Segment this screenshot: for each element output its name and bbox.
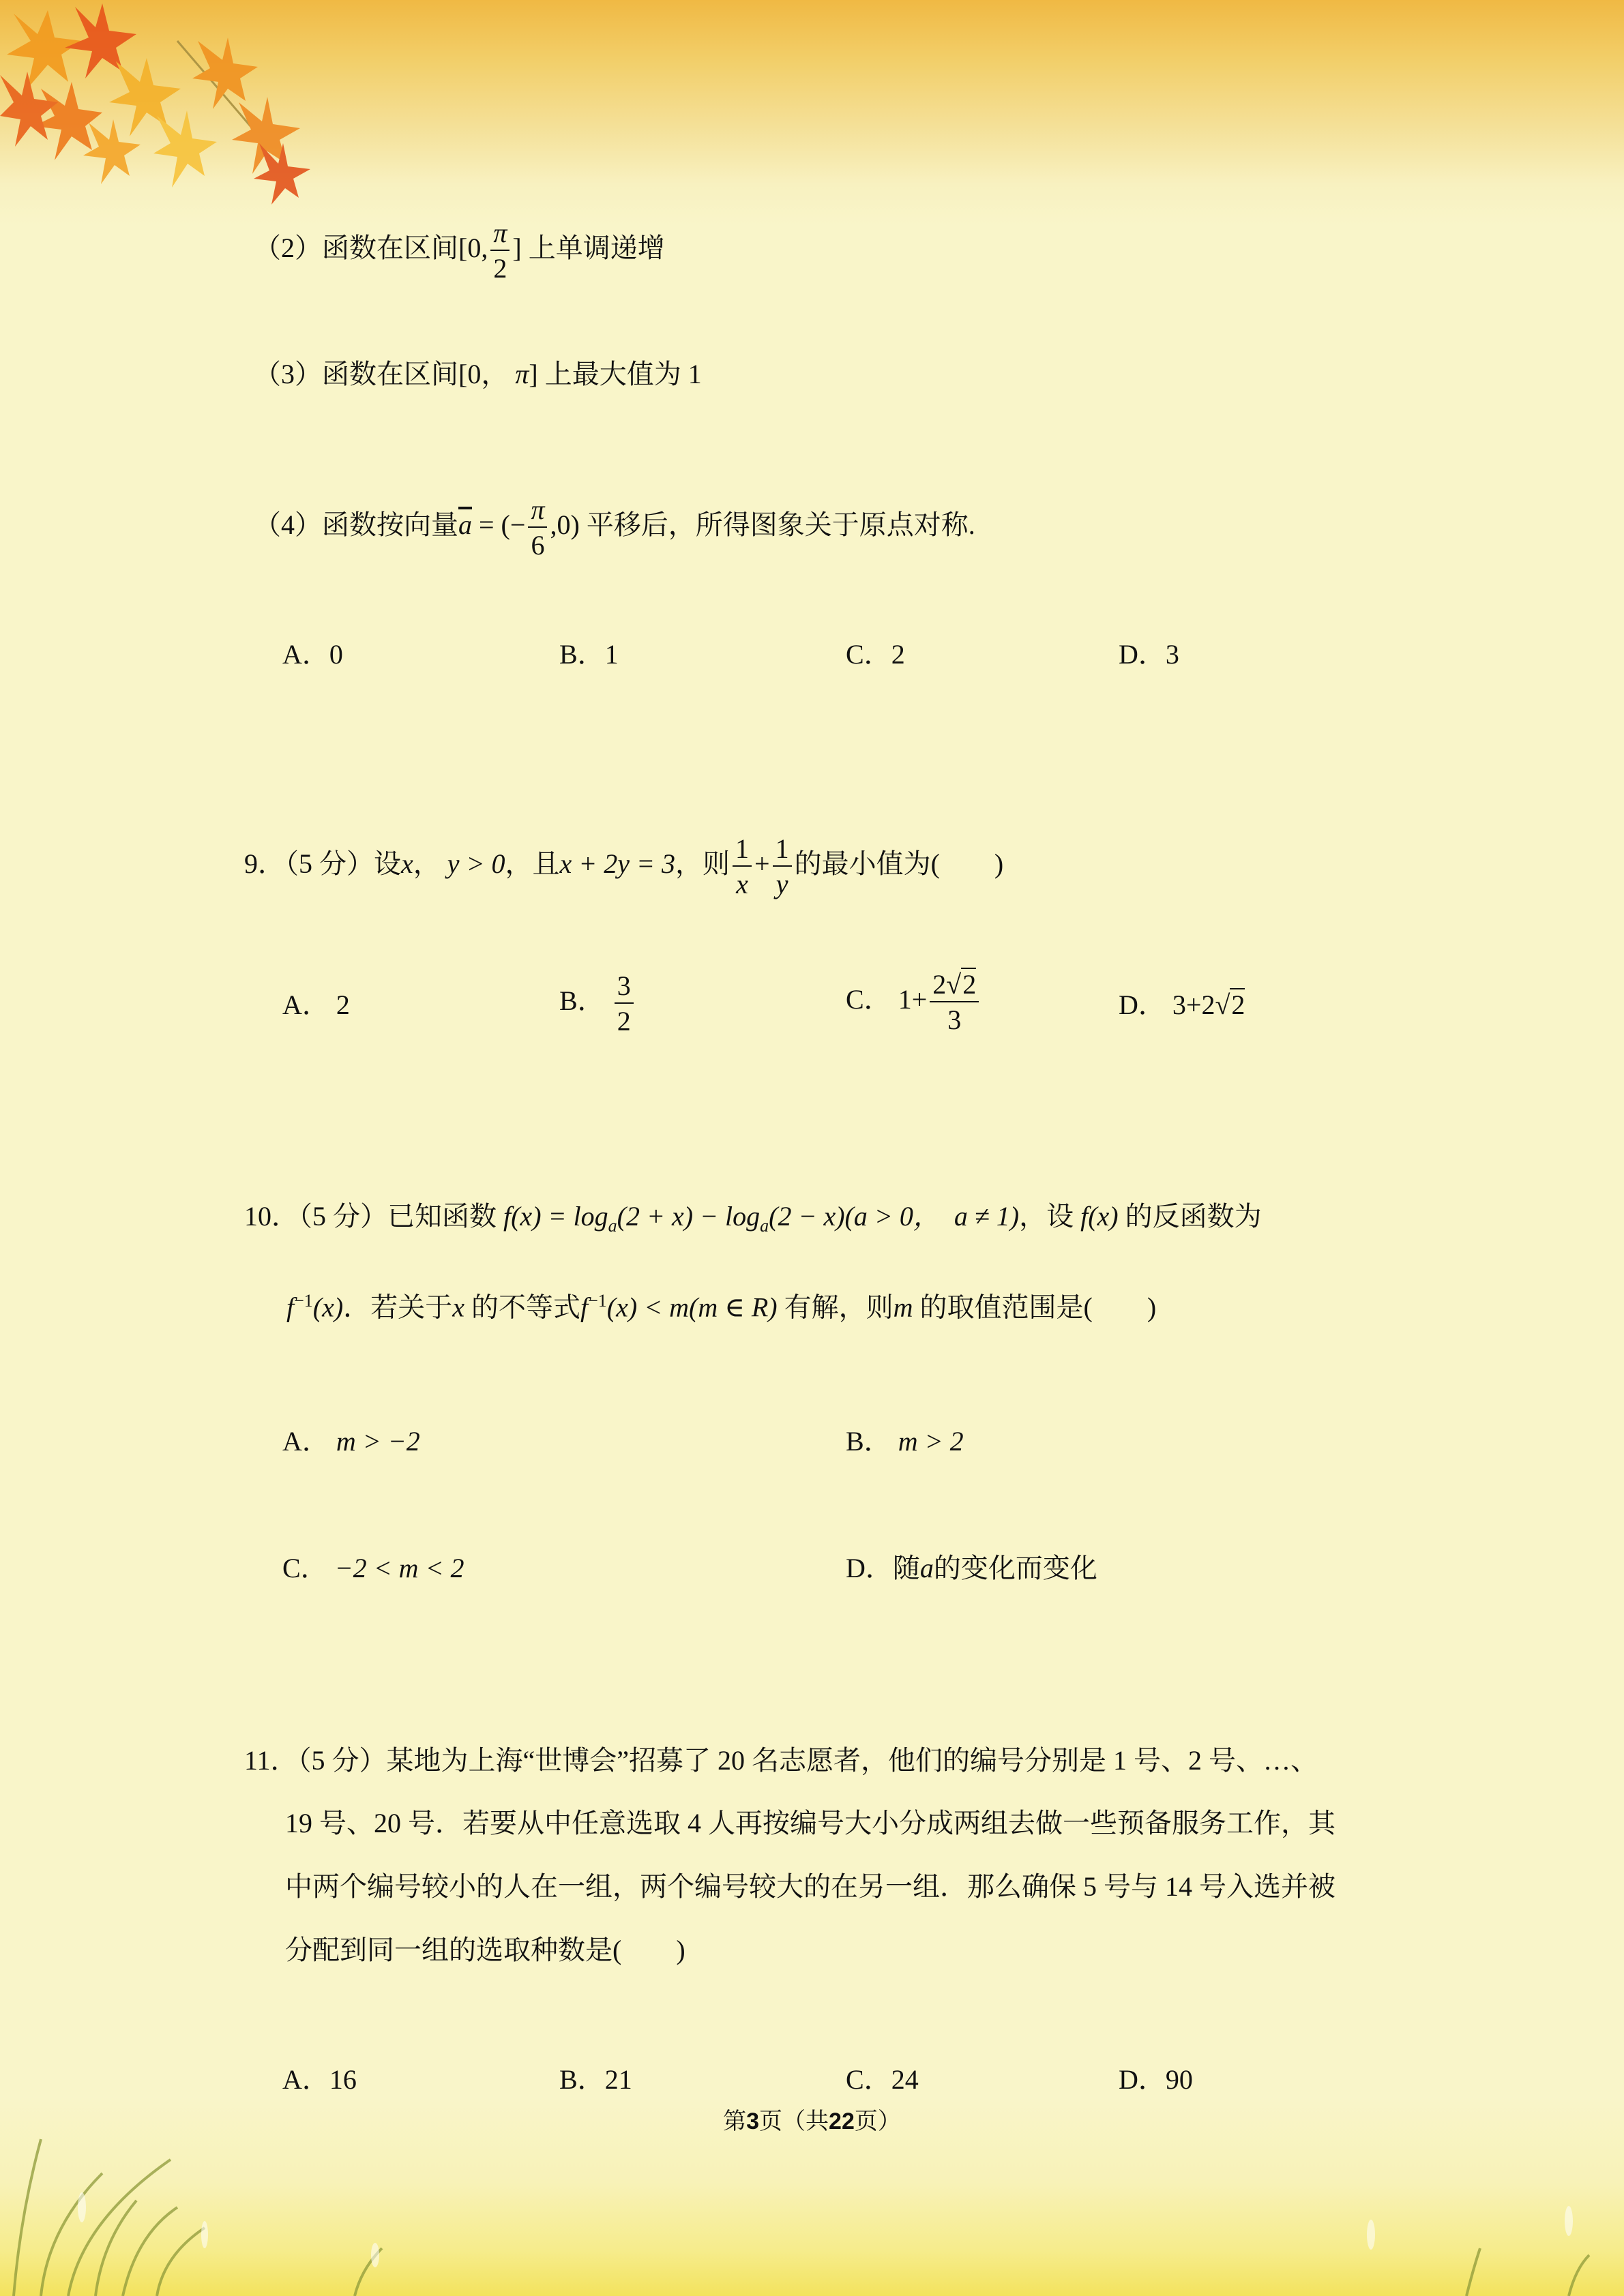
option-value: 16 <box>329 2064 357 2095</box>
fraction-numerator: π <box>528 496 547 528</box>
q8-option-a[interactable]: A．0 <box>282 638 343 671</box>
coefficient: 2 <box>932 969 946 1000</box>
option-lead: 1+ <box>898 984 928 1015</box>
q11-option-a[interactable]: A．16 <box>282 2063 357 2096</box>
option-label: B． <box>846 1426 891 1457</box>
vector-a: a <box>458 509 472 540</box>
maple-leaves-decoration <box>0 0 341 225</box>
question-text: 的不等式 <box>471 1292 580 1322</box>
question-11-line-3: 中两个编号较小的人在一组，两个编号较大的在另一组．那么确保 5 号与 14 号入… <box>285 1870 1335 1903</box>
q11-option-c[interactable]: C．24 <box>846 2063 919 2096</box>
option-value: 90 <box>1166 2064 1193 2095</box>
two-root-two-over-three-fraction: 2√23 <box>930 971 979 1034</box>
question-text: 的最小值为( ) <box>795 848 1004 879</box>
option-text: 随 <box>893 1553 920 1583</box>
option-value: 3 <box>1166 639 1179 670</box>
fx: f(x) <box>1080 1201 1119 1232</box>
option-label: D． <box>846 1553 893 1583</box>
q9-option-b[interactable]: B． 32 <box>559 972 636 1035</box>
interval-close: ] <box>529 359 537 389</box>
log-base: a <box>608 1216 617 1236</box>
option-label: C． <box>846 639 891 670</box>
q8-option-d[interactable]: D．3 <box>1119 638 1179 671</box>
fraction-denominator: y <box>773 867 792 898</box>
plus-sign: + <box>754 848 770 879</box>
function-definition-mid: (2 + x) − log <box>617 1201 761 1232</box>
fraction-denominator: 3 <box>930 1002 979 1034</box>
option-label: B． <box>559 2064 605 2095</box>
question-score: （5 分） <box>299 1201 387 1232</box>
option-value: 0 <box>329 639 343 670</box>
question-text: 有解，则 <box>784 1292 894 1322</box>
inverse-function: f <box>286 1292 294 1322</box>
total-pages: 22 <box>829 2108 855 2134</box>
question-9: 9．（5 分）设x， y > 0，且x + 2y = 3，则1x+1y的最小值为… <box>244 835 1003 898</box>
question-11-line-1: 11．（5 分）某地为上海“世博会”招募了 20 名志愿者，他们的编号分别是 1… <box>244 1744 1318 1777</box>
fraction-numerator: 1 <box>773 835 792 867</box>
statement-3-text: （3）函数在区间 <box>254 359 458 389</box>
function-definition: f(x) = log <box>503 1201 608 1232</box>
fraction-denominator: x <box>733 867 752 898</box>
statement-2-text: （2）函数在区间 <box>254 233 458 263</box>
option-value: 24 <box>891 2064 919 2095</box>
option-value: m > −2 <box>336 1426 420 1457</box>
question-score: （5 分） <box>285 848 374 879</box>
current-page: 3 <box>746 2108 759 2134</box>
question-text: 已知函数 <box>387 1201 497 1232</box>
q9-option-d[interactable]: D． 3+2√2 <box>1119 989 1245 1022</box>
fraction-denominator: 2 <box>615 1004 634 1035</box>
option-value: 21 <box>605 2064 632 2095</box>
option-label: D． <box>1119 2064 1166 2095</box>
question-number: 10． <box>244 1201 299 1232</box>
var-x: x <box>452 1292 464 1322</box>
function-definition-end: (2 − x)(a > 0， a ≠ 1) <box>769 1201 1019 1232</box>
question-text: 的反函数为 <box>1125 1201 1262 1232</box>
fraction-numerator: 1 <box>733 835 752 867</box>
option-text: 的变化而变化 <box>934 1553 1097 1583</box>
option-label: C． <box>846 984 891 1015</box>
var-a: a <box>920 1553 934 1583</box>
option-value: 2 <box>336 989 350 1020</box>
q10-option-d[interactable]: D．随a的变化而变化 <box>846 1552 1097 1585</box>
one-over-y-fraction: 1y <box>773 835 792 898</box>
statement-4-text: （4）函数按向量 <box>254 509 458 540</box>
radicand: 2 <box>961 968 976 1000</box>
one-over-x-fraction: 1x <box>733 835 752 898</box>
fraction-denominator: 2 <box>490 251 510 282</box>
option-value: m > 2 <box>898 1426 964 1457</box>
q11-option-d[interactable]: D．90 <box>1119 2063 1193 2096</box>
condition: y > 0 <box>447 848 505 879</box>
inverse-function: f <box>580 1292 588 1322</box>
var-m: m <box>894 1292 913 1322</box>
option-label: A． <box>282 989 329 1020</box>
statement-4-suffix: 平移后，所得图象关于原点对称. <box>587 509 975 540</box>
option-label: B． <box>559 639 605 670</box>
statement-2: （2）函数在区间[0,π2] 上单调递增 <box>254 220 665 282</box>
interval-open: [0, <box>458 233 488 263</box>
q8-option-b[interactable]: B．1 <box>559 638 619 671</box>
footer-text: 页（共 <box>759 2109 829 2134</box>
pi-symbol: π <box>515 359 529 389</box>
q8-option-c[interactable]: C．2 <box>846 638 905 671</box>
statement-2-suffix: 上单调递增 <box>529 233 665 263</box>
option-lead: 3+2 <box>1172 989 1215 1020</box>
pi-over-6-fraction: π6 <box>528 496 547 559</box>
question-text: 设 <box>374 848 401 879</box>
question-10-line-1: 10．（5 分）已知函数 f(x) = loga(2 + x) − loga(2… <box>244 1200 1262 1242</box>
comma: ， <box>413 848 441 879</box>
inverse-exponent: −1 <box>294 1291 313 1311</box>
footer-text: 第 <box>723 2109 746 2134</box>
option-label: A． <box>282 2064 329 2095</box>
max-value: 1 <box>688 359 702 389</box>
q11-option-b[interactable]: B．21 <box>559 2063 632 2096</box>
option-value: 2 <box>891 639 905 670</box>
option-label: D． <box>1119 989 1166 1020</box>
q10-option-b[interactable]: B． m > 2 <box>846 1425 964 1458</box>
question-11-line-4: 分配到同一组的选取种数是( ) <box>285 1934 685 1967</box>
radicand: 2 <box>1230 988 1245 1020</box>
equation: x + 2y = 3 <box>560 848 676 879</box>
fraction-numerator: 3 <box>615 972 634 1004</box>
q9-option-a[interactable]: A． 2 <box>282 989 350 1022</box>
statement-3-suffix: 上最大值为 <box>545 359 681 389</box>
inverse-exponent: −1 <box>588 1291 607 1311</box>
question-text: ，设 <box>1019 1201 1074 1232</box>
question-text: ，且 <box>505 848 560 879</box>
interval-open: [0， <box>458 359 508 389</box>
fraction-denominator: 6 <box>528 528 547 559</box>
question-11-line-2: 19 号、20 号．若要从中任意选取 4 人再按编号大小分成两组去做一些预备服务… <box>285 1807 1335 1840</box>
page-footer: 第3页（共22页） <box>0 2102 1624 2136</box>
option-label: C． <box>846 2064 891 2095</box>
option-value: 1 <box>605 639 619 670</box>
interval-close: ] <box>512 233 521 263</box>
vector-tail: ,0) <box>550 509 579 540</box>
option-label: A． <box>282 639 329 670</box>
question-text: ，则 <box>675 848 730 879</box>
q10-option-c[interactable]: C． −2 < m < 2 <box>282 1552 464 1585</box>
statement-4: （4）函数按向量a = (−π6,0) 平移后，所得图象关于原点对称. <box>254 496 975 559</box>
fraction-numerator: π <box>490 220 510 251</box>
three-halves-fraction: 32 <box>615 972 634 1035</box>
option-label: B． <box>559 985 605 1016</box>
question-text: 的取值范围是( ) <box>920 1292 1157 1322</box>
q10-option-a[interactable]: A． m > −2 <box>282 1425 420 1458</box>
q9-option-c[interactable]: C． 1+2√23 <box>846 971 981 1034</box>
log-base: a <box>760 1216 769 1236</box>
inequality: (x) < m(m ∈ R) <box>607 1292 778 1322</box>
var-x: x <box>401 848 413 879</box>
pi-over-2-fraction: π2 <box>490 220 510 282</box>
question-10-line-2: f−1(x)．若关于x 的不等式f−1(x) < m(m ∈ R) 有解，则m … <box>286 1285 1156 1324</box>
question-number: 9． <box>244 848 285 879</box>
option-label: A． <box>282 1426 329 1457</box>
equals: = (− <box>472 509 525 540</box>
statement-3: （3）函数在区间[0， π] 上最大值为 1 <box>254 358 702 391</box>
grass-decoration <box>0 2132 1624 2296</box>
question-text: ．若关于 <box>343 1292 452 1322</box>
footer-text: 页） <box>855 2109 901 2134</box>
option-label: C． <box>282 1553 328 1583</box>
option-value: −2 < m < 2 <box>335 1553 464 1583</box>
option-label: D． <box>1119 639 1166 670</box>
argument: (x) <box>313 1292 343 1322</box>
